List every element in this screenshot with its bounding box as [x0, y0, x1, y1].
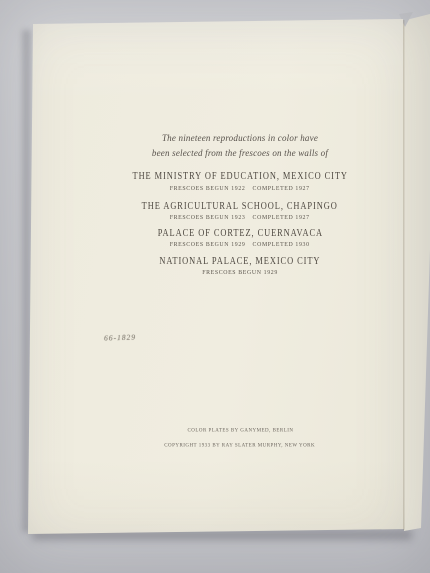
section-title-ministry-of-education: THE MINISTRY OF EDUCATION, MEXICO CITY — [75, 171, 405, 182]
colophon-text-2: COPYRIGHT 1933 BY RAY SLATER MURPHY, NEW… — [165, 442, 316, 448]
section-detail-agricultural-school: FRESCOES BEGUN 1923 COMPLETED 1927 — [75, 214, 405, 221]
intro-line-1: The nineteen reproductions in color have — [75, 133, 405, 143]
section-title-text: NATIONAL PALACE, MEXICO CITY — [159, 256, 320, 267]
section-detail-national-palace: FRESCOES BEGUN 1929 — [75, 269, 405, 276]
colophon-line-2: COPYRIGHT 1933 BY RAY SLATER MURPHY, NEW… — [75, 442, 405, 451]
section-title-agricultural-school: THE AGRICULTURAL SCHOOL, CHAPINGO — [75, 201, 405, 212]
intro-line-2: been selected from the frescoes on the w… — [75, 148, 405, 158]
section-title-text: PALACE OF CORTEZ, CUERNAVACA — [157, 228, 322, 239]
section-title-national-palace: NATIONAL PALACE, MEXICO CITY — [75, 256, 405, 267]
section-title-text: THE AGRICULTURAL SCHOOL, CHAPINGO — [142, 201, 338, 212]
section-detail-text: FRESCOES BEGUN 1922 COMPLETED 1927 — [170, 185, 310, 192]
printed-text-block: The nineteen reproductions in color have… — [75, 0, 405, 573]
section-title-text: THE MINISTRY OF EDUCATION, MEXICO CITY — [132, 171, 347, 182]
section-detail-text: FRESCOES BEGUN 1929 COMPLETED 1930 — [170, 241, 310, 248]
colophon-line-1: COLOR PLATES BY GANYMED, BERLIN — [75, 427, 405, 436]
book-photo: The nineteen reproductions in color have… — [0, 0, 430, 573]
section-detail-text: FRESCOES BEGUN 1929 — [202, 269, 278, 276]
colophon-text-1: COLOR PLATES BY GANYMED, BERLIN — [187, 427, 293, 433]
section-detail-ministry-of-education: FRESCOES BEGUN 1922 COMPLETED 1927 — [75, 185, 405, 192]
pencil-inscription: 66-1829 — [104, 332, 136, 342]
section-detail-text: FRESCOES BEGUN 1923 COMPLETED 1927 — [170, 214, 310, 221]
section-detail-palace-of-cortez: FRESCOES BEGUN 1929 COMPLETED 1930 — [75, 241, 405, 248]
section-title-palace-of-cortez: PALACE OF CORTEZ, CUERNAVACA — [75, 228, 405, 239]
